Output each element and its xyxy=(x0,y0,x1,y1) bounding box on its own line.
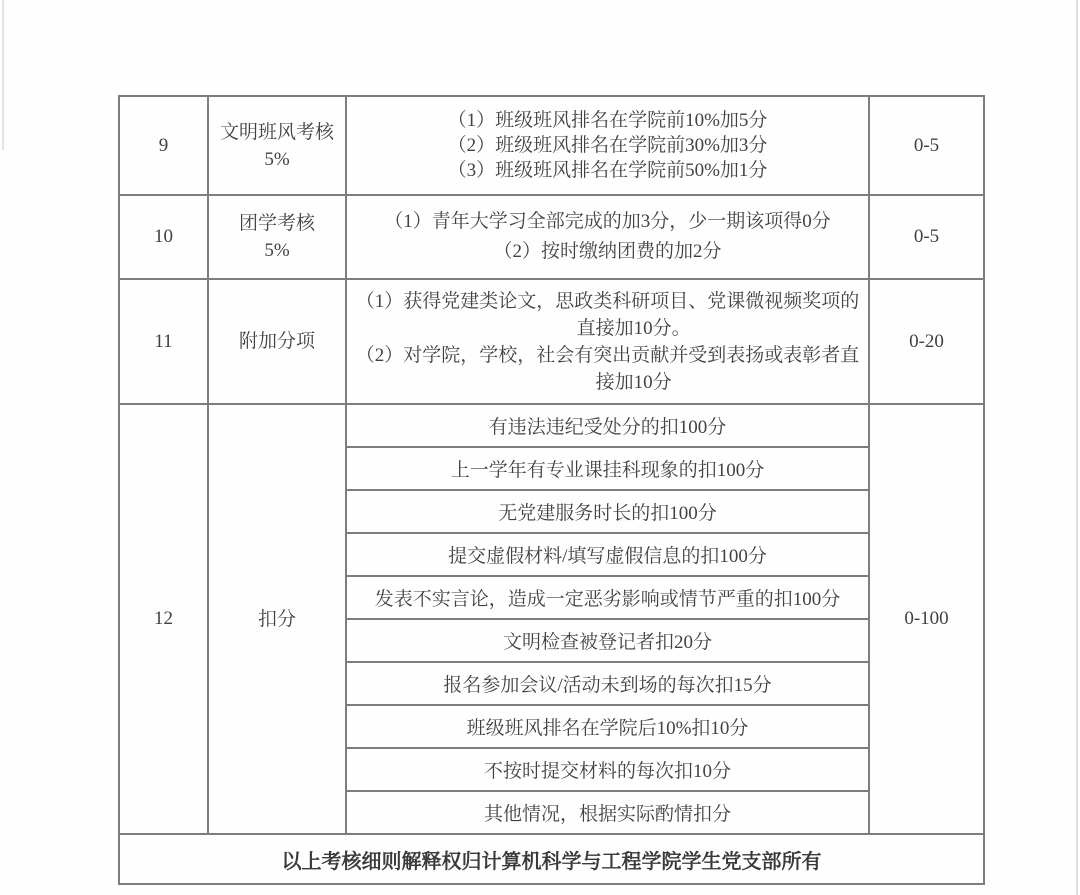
row-score-range: 0-20 xyxy=(869,279,984,404)
table-row: 10 团学考核 5% （1）青年大学习全部完成的加3分，少一期该项得0分 （2）… xyxy=(119,195,984,279)
table-row: 12 扣分 有违法违纪受处分的扣100分 0-100 xyxy=(119,404,984,447)
row-details: （1）青年大学习全部完成的加3分，少一期该项得0分 （2）按时缴纳团费的加2分 xyxy=(346,195,869,279)
category-line: 团学考核 xyxy=(209,210,345,237)
table-row: 11 附加分项 （1）获得党建类论文，思政类科研项目、党课微视频奖项的直接加10… xyxy=(119,279,984,404)
row-details: （1）获得党建类论文，思政类科研项目、党课微视频奖项的直接加10分。 （2）对学… xyxy=(346,279,869,404)
deduction-item: 报名参加会议/活动未到场的每次扣15分 xyxy=(346,662,869,705)
assessment-rubric-table: 9 文明班风考核 5% （1）班级班风排名在学院前10%加5分 （2）班级班风排… xyxy=(118,95,985,885)
row-number: 10 xyxy=(119,195,208,279)
scan-artifact-right-edge xyxy=(1076,0,1078,895)
detail-line: （1）班级班风排名在学院前10%加5分 xyxy=(347,108,868,133)
category-line: 5% xyxy=(209,237,345,264)
detail-line: （2）班级班风排名在学院前30%加3分 xyxy=(347,133,868,158)
row-details: （1）班级班风排名在学院前10%加5分 （2）班级班风排名在学院前30%加3分 … xyxy=(346,96,869,195)
row-number: 12 xyxy=(119,404,208,834)
detail-line: （1）青年大学习全部完成的加3分，少一期该项得0分 xyxy=(347,207,868,237)
detail-line: （2）按时缴纳团费的加2分 xyxy=(347,237,868,267)
row-score-range: 0-5 xyxy=(869,96,984,195)
deduction-item: 无党建服务时长的扣100分 xyxy=(346,490,869,533)
detail-line: （2）对学院，学校，社会有突出贡献并受到表扬或表彰者直接加10分 xyxy=(347,342,868,396)
table-row: 9 文明班风考核 5% （1）班级班风排名在学院前10%加5分 （2）班级班风排… xyxy=(119,96,984,195)
category-line: 附加分项 xyxy=(209,328,345,355)
category-line: 文明班风考核 xyxy=(209,119,345,146)
category-line: 扣分 xyxy=(209,606,345,633)
row-number: 11 xyxy=(119,279,208,404)
deduction-item: 发表不实言论，造成一定恶劣影响或情节严重的扣100分 xyxy=(346,576,869,619)
row-category: 附加分项 xyxy=(208,279,346,404)
deduction-item: 文明检查被登记者扣20分 xyxy=(346,619,869,662)
deduction-item: 上一学年有专业课挂科现象的扣100分 xyxy=(346,447,869,490)
scan-artifact-left-edge xyxy=(2,0,4,150)
table-footer-row: 以上考核细则解释权归计算机科学与工程学院学生党支部所有 xyxy=(119,834,984,884)
deduction-item: 班级班风排名在学院后10%扣10分 xyxy=(346,705,869,748)
row-category: 扣分 xyxy=(208,404,346,834)
deduction-item: 不按时提交材料的每次扣10分 xyxy=(346,748,869,791)
row-score-range: 0-100 xyxy=(869,404,984,834)
row-number: 9 xyxy=(119,96,208,195)
detail-line: （1）获得党建类论文，思政类科研项目、党课微视频奖项的直接加10分。 xyxy=(347,288,868,342)
row-category: 团学考核 5% xyxy=(208,195,346,279)
row-score-range: 0-5 xyxy=(869,195,984,279)
category-line: 5% xyxy=(209,146,345,173)
detail-line: （3）班级班风排名在学院前50%加1分 xyxy=(347,158,868,183)
row-category: 文明班风考核 5% xyxy=(208,96,346,195)
deduction-item: 提交虚假材料/填写虚假信息的扣100分 xyxy=(346,533,869,576)
interpretation-rights-note: 以上考核细则解释权归计算机科学与工程学院学生党支部所有 xyxy=(119,834,984,884)
deduction-item: 有违法违纪受处分的扣100分 xyxy=(346,404,869,447)
deduction-item: 其他情况，根据实际酌情扣分 xyxy=(346,791,869,834)
